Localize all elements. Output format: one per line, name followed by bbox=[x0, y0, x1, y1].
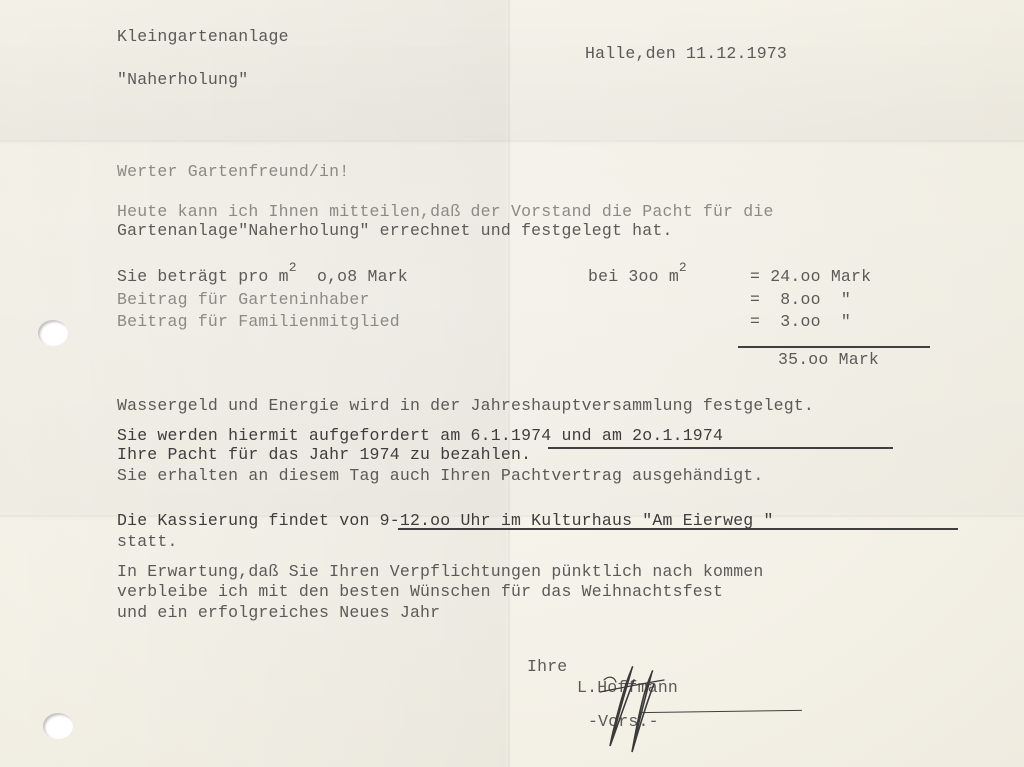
collection-line-2: statt. bbox=[117, 532, 178, 551]
water-energy-note: Wassergeld und Energie wird in der Jahre… bbox=[117, 396, 814, 415]
fee-area-amount: = 24.oo Mark bbox=[750, 267, 871, 286]
fee-item-amount: = 8.oo " bbox=[750, 290, 851, 309]
fold-line-horizontal bbox=[0, 140, 1024, 142]
fee-item-label: Beitrag für Familienmitglied bbox=[117, 312, 400, 331]
signature-regards: Ihre bbox=[527, 657, 567, 676]
payment-line-1: Sie werden hiermit aufgefordert am 6.1.1… bbox=[117, 426, 723, 445]
fold-line-vertical bbox=[508, 0, 510, 767]
fee-rate-line: Sie beträgt pro m2 o,o8 Mark bbox=[117, 267, 408, 287]
punch-hole bbox=[43, 713, 73, 739]
punch-hole bbox=[38, 320, 68, 346]
payment-line-3: Sie erhalten an diesem Tag auch Ihren Pa… bbox=[117, 466, 764, 485]
superscript: 2 bbox=[679, 260, 687, 275]
intro-line-2: Gartenanlage"Naherholung" errechnet und … bbox=[117, 221, 673, 240]
letterhead-name: "Naherholung" bbox=[117, 70, 248, 89]
collection-underline bbox=[398, 528, 958, 530]
intro-line-1: Heute kann ich Ihnen mitteilen,daß der V… bbox=[117, 202, 774, 221]
payment-underline bbox=[548, 447, 893, 449]
payment-line-2: Ihre Pacht für das Jahr 1974 zu bezahlen… bbox=[117, 445, 531, 464]
salutation: Werter Gartenfreund/in! bbox=[117, 162, 349, 181]
fee-item-amount: = 3.oo " bbox=[750, 312, 851, 331]
fee-rate-label: Sie beträgt pro m bbox=[117, 267, 289, 286]
closing-line-2: verbleibe ich mit den besten Wünschen fü… bbox=[117, 582, 723, 601]
fee-item-label: Beitrag für Garteninhaber bbox=[117, 290, 370, 309]
fee-area: bei 3oo m2 bbox=[588, 267, 687, 287]
sum-rule bbox=[738, 346, 930, 348]
fee-area-label: bei 3oo m bbox=[588, 267, 679, 286]
fee-rate-value: o,o8 Mark bbox=[317, 267, 408, 286]
closing-line-1: In Erwartung,daß Sie Ihren Verpflichtung… bbox=[117, 562, 764, 581]
handwritten-signature bbox=[590, 660, 700, 760]
closing-line-3: und ein erfolgreiches Neues Jahr bbox=[117, 603, 440, 622]
fee-total: 35.oo Mark bbox=[778, 350, 879, 369]
dateline: Halle,den 11.12.1973 bbox=[585, 44, 787, 63]
letterhead-organization: Kleingartenanlage bbox=[117, 27, 289, 46]
superscript: 2 bbox=[289, 260, 297, 275]
letter-paper bbox=[0, 0, 1024, 767]
